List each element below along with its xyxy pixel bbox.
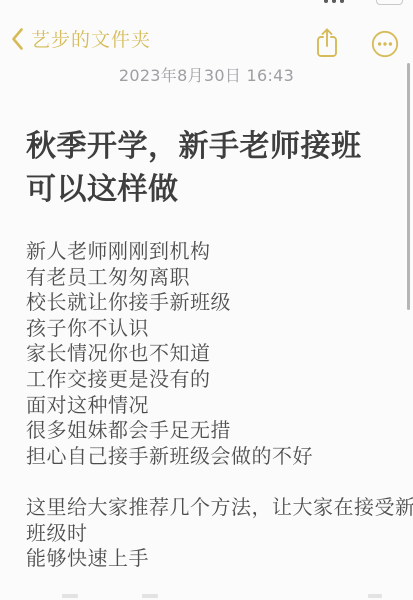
note-body-line: 有老员工匆匆离职 [26, 265, 388, 291]
back-button-label: 艺步的文件夹 [31, 25, 151, 52]
note-body-line: 校长就让你接手新班级 [26, 290, 388, 316]
share-icon [312, 27, 342, 59]
note-date: 2023年8月30日 16:43 [0, 63, 413, 86]
note-title-line: 秋季开学，新手老师接班 [26, 125, 388, 168]
note-body-line: 面对这种情况 [26, 393, 388, 419]
note-body-line: 这里给大家推荐几个方法，让大家在接受新 [26, 495, 388, 521]
note-body-line: 工作交接更是没有的 [26, 367, 388, 393]
note-body: 新人老师刚刚到机构有老员工匆匆离职校长就让你接手新班级孩子你不认识家长情况你也不… [26, 239, 388, 572]
notes-app-screen: { "status_bar": { "cellular_dots_icon": … [0, 0, 413, 600]
back-button[interactable]: 艺步的文件夹 [11, 25, 151, 52]
note-body-line: 能够快速上手 [26, 546, 388, 572]
note-title-line: 可以这样做 [26, 168, 388, 211]
share-button[interactable] [312, 27, 342, 59]
note-body-line: 新人老师刚刚到机构 [26, 239, 388, 265]
note-title: 秋季开学，新手老师接班可以这样做 [26, 125, 388, 211]
note-body-line: 孩子你不认识 [26, 316, 388, 342]
ellipsis-circle-icon [371, 30, 399, 58]
cellular-signal-icon [324, 0, 344, 3]
note-body-line: 担心自己接手新班级会做的不好 [26, 444, 388, 470]
status-bar [0, 0, 413, 8]
scrollbar-thumb[interactable] [407, 63, 410, 310]
more-options-button[interactable] [371, 30, 399, 58]
note-body-line: 班级时 [26, 521, 388, 547]
nav-bar: 艺步的文件夹 [0, 22, 413, 62]
chevron-left-icon [11, 27, 24, 51]
note-editor[interactable]: 秋季开学，新手老师接班可以这样做 新人老师刚刚到机构有老员工匆匆离职校长就让你接… [26, 125, 388, 572]
note-body-line [26, 469, 388, 495]
cutoff-next-line-fragment [0, 594, 413, 600]
note-body-line: 家长情况你也不知道 [26, 341, 388, 367]
note-body-line: 很多姐妹都会手足无措 [26, 418, 388, 444]
battery-icon [376, 0, 403, 5]
